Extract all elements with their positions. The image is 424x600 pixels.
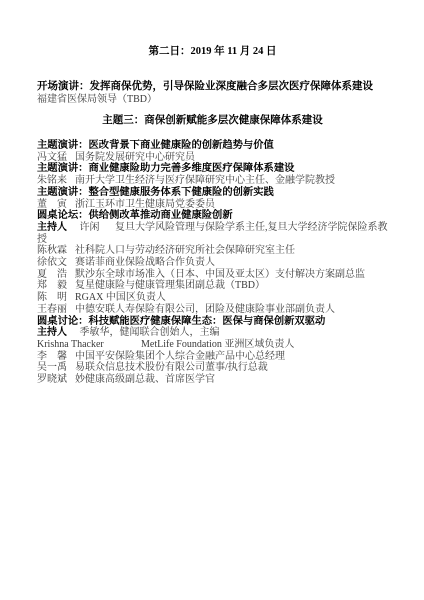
speaker-title: MetLife Foundation 亚洲区域负责人 [141, 339, 388, 351]
speaker-row: 罗晓斌 妙健康高级副总裁、首席医学官 [37, 374, 388, 386]
speaker-row: 王春丽 中德安联人寿保险有限公司，团险及健康险事业部副负责人 [37, 304, 388, 316]
agenda-document-page: 第二日：2019 年 11 月 24 日 开场演讲：发挥商保优势，引导保险业深度… [0, 0, 424, 600]
speaker-title: 赛诺菲商业保险战略合作负责人 [75, 257, 388, 269]
speaker-title: 南开大学卫生经济与医疗保障研究中心主任、金融学院教授 [75, 175, 388, 187]
speaker-row: 李 馨 中国平安保险集团个人综合金融产品中心总经理 [37, 351, 388, 363]
speaker-name: 王春丽 [37, 304, 67, 316]
moderator-row: 主持人 许闲 复旦大学风险管理与保险学系主任,复旦大学经济学院保险系教授 [37, 222, 388, 245]
speaker-title: 易联众信息技术股份有限公司董事/执行总裁 [75, 362, 388, 374]
speaker-row: 陈秋霖 社科院人口与劳动经济研究所社会保障研究室主任 [37, 245, 388, 257]
topic-heading: 主题演讲：商业健康险助力完善多维度医疗保障体系建设 [37, 163, 388, 175]
speaker-title: 社科院人口与劳动经济研究所社会保障研究室主任 [75, 245, 388, 257]
speaker-name: Krishna Thacker [37, 339, 133, 351]
speaker-row: 郑 毅 复星健康险与健康管理集团副总裁（TBD） [37, 280, 388, 292]
topic-heading: 主题演讲：医改背景下商业健康险的创新趋势与价值 [37, 140, 388, 152]
speaker-title: 中德安联人寿保险有限公司，团险及健康险事业部副负责人 [75, 304, 388, 316]
speaker-row: Krishna Thacker MetLife Foundation 亚洲区域负… [37, 339, 388, 351]
speaker-title: 浙江玉环市卫生健康局党委委员 [75, 199, 388, 211]
speaker-name: 董 寅 [37, 199, 67, 211]
roundtable-heading: 圆桌讨论：科技赋能医疗健康保障生态：医保与商保创新双驱动 [37, 316, 388, 328]
date-heading: 第二日：2019 年 11 月 24 日 [37, 46, 388, 58]
speaker-row: 夏 浩 默沙东全球市场准入（日本、中国及亚太区）支付解决方案副总监 [37, 269, 388, 281]
speaker-title: 国务院发展研究中心研究员 [75, 152, 388, 164]
speaker-title: RGAX 中国区负责人 [75, 292, 388, 304]
moderator-label: 主持人 [37, 327, 67, 338]
theme-heading: 主题三：商保创新赋能多层次健康保障体系建设 [37, 115, 388, 127]
speaker-name: 徐依文 [37, 257, 67, 269]
speaker-title: 中国平安保险集团个人综合金融产品中心总经理 [75, 351, 388, 363]
speaker-row: 徐依文 赛诺菲商业保险战略合作负责人 [37, 257, 388, 269]
moderator-title: 季敏华，健闻联合创始人，主编 [80, 327, 220, 338]
speaker-name: 朱铭来 [37, 175, 67, 187]
speaker-row: 朱铭来 南开大学卫生经济与医疗保障研究中心主任、金融学院教授 [37, 175, 388, 187]
speaker-name: 李 馨 [37, 351, 67, 363]
speaker-name: 陈秋霖 [37, 245, 67, 257]
speaker-name: 郑 毅 [37, 280, 67, 292]
moderator-name: 许闲 [80, 222, 100, 233]
speaker-title: 默沙东全球市场准入（日本、中国及亚太区）支付解决方案副总监 [75, 269, 388, 281]
opening-speech-title: 开场演讲：发挥商保优势，引导保险业深度融合多层次医疗保障体系建设 [37, 81, 388, 94]
speaker-title: 复星健康险与健康管理集团副总裁（TBD） [75, 280, 388, 292]
speaker-name: 陈 明 [37, 292, 67, 304]
speaker-name: 夏 浩 [37, 269, 67, 281]
speaker-name: 冯文猛 [37, 152, 67, 164]
speaker-row: 董 寅 浙江玉环市卫生健康局党委委员 [37, 199, 388, 211]
speaker-name: 吴一禹 [37, 362, 67, 374]
moderator-row: 主持人 季敏华，健闻联合创始人，主编 [37, 327, 388, 339]
agenda-content: 第二日：2019 年 11 月 24 日 开场演讲：发挥商保优势，引导保险业深度… [0, 0, 424, 386]
speaker-row: 吴一禹 易联众信息技术股份有限公司董事/执行总裁 [37, 362, 388, 374]
opening-speech-speaker: 福建省医保局领导（TBD） [37, 94, 388, 107]
roundtable-heading: 圆桌论坛：供给侧改革推动商业健康险创新 [37, 210, 388, 222]
speaker-title: 妙健康高级副总裁、首席医学官 [75, 374, 388, 386]
speaker-row: 冯文猛 国务院发展研究中心研究员 [37, 152, 388, 164]
speaker-name: 罗晓斌 [37, 374, 67, 386]
topic-heading: 主题演讲：整合型健康服务体系下健康险的创新实践 [37, 187, 388, 199]
speaker-row: 陈 明 RGAX 中国区负责人 [37, 292, 388, 304]
moderator-label: 主持人 [37, 222, 67, 233]
